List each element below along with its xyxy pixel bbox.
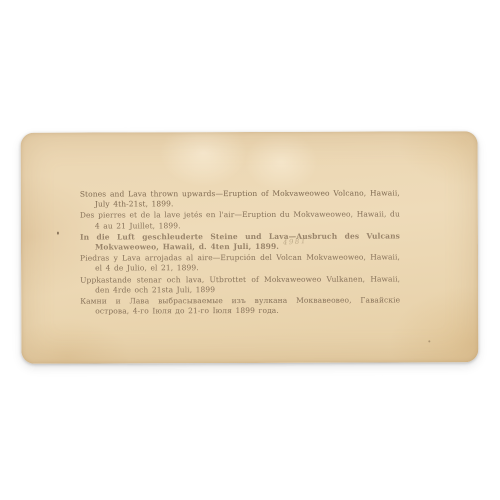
stereocard-back: 4981 Stones and Lava thrown upwards—Erup… bbox=[21, 131, 479, 364]
caption-german: In die Luft geschleuderte Steine und Lav… bbox=[80, 231, 400, 253]
ink-speck bbox=[428, 340, 430, 342]
caption-spanish: Piedras y Lava arrojadas al aire—Erupció… bbox=[80, 253, 400, 275]
caption-swedish: Uppkastande stenar och lava, Utbrottet o… bbox=[80, 274, 400, 296]
caption-block: Stones and Lava thrown upwards—Eruption … bbox=[80, 188, 400, 318]
caption-russian: Камни и Лава выбрасываемые изъ вулкана М… bbox=[80, 296, 400, 318]
photo-backdrop: 4981 Stones and Lava thrown upwards—Erup… bbox=[0, 0, 500, 500]
caption-english: Stones and Lava thrown upwards—Eruption … bbox=[80, 188, 400, 210]
caption-french: Des pierres et de la lave jetés en l'air… bbox=[80, 210, 400, 232]
ink-speck bbox=[57, 232, 59, 235]
